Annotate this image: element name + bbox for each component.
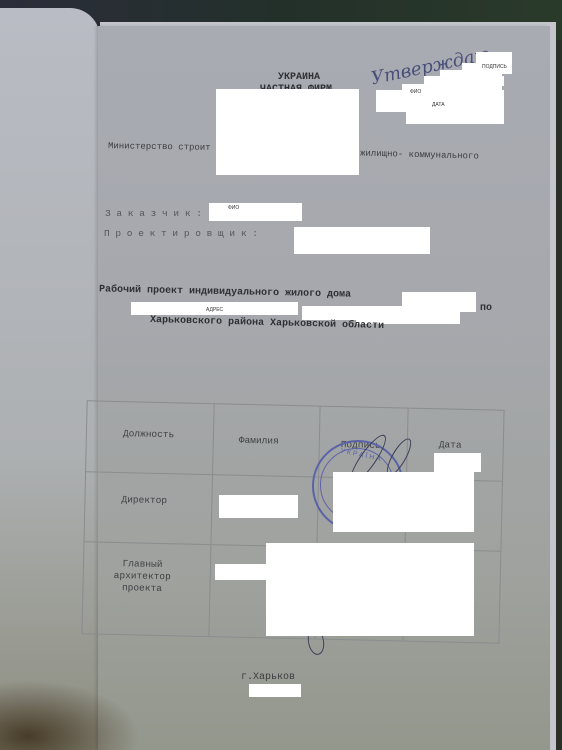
header-surname: Фамилия (239, 435, 279, 447)
redaction-director-signature (333, 472, 474, 532)
redaction-architect-signature (266, 543, 474, 636)
designer-label: П р о е к т и р о в щ и к : (104, 228, 258, 239)
project-title-suffix: по (480, 303, 492, 314)
redaction-customer (209, 203, 302, 221)
redaction-architect-surname (215, 564, 270, 580)
row-architect-position: Главный архитектор проекта (113, 558, 171, 595)
redaction-project-number (402, 292, 476, 312)
address-field-label: АДРЕС (206, 307, 223, 313)
redaction-director-surname (219, 495, 298, 518)
customer-label: З а к а з ч и к : (105, 208, 202, 219)
header-position: Должность (123, 428, 175, 440)
left-page (0, 8, 100, 750)
redaction-date-header (434, 453, 481, 472)
header-date: Дата (439, 439, 462, 451)
redaction-organization (216, 89, 359, 175)
customer-field-label: ФИО (228, 205, 239, 211)
country-heading: УКРАИНА (278, 72, 320, 83)
redaction-designer (294, 227, 430, 254)
table-divider (208, 404, 214, 636)
name-field-label: ФИО (410, 89, 421, 95)
row-director-position: Директор (121, 494, 167, 506)
redaction-year (249, 684, 301, 697)
ministry-text-left: Министерство строит (108, 141, 211, 153)
signature-field-label: ПОДПИСЬ (482, 64, 507, 70)
redaction-approval-date (406, 100, 504, 124)
city-label: г.Харьков (241, 672, 295, 683)
finger-shadow (0, 680, 140, 750)
architect-line-3: проекта (113, 582, 170, 595)
date-field-label: ДАТА (432, 102, 445, 108)
